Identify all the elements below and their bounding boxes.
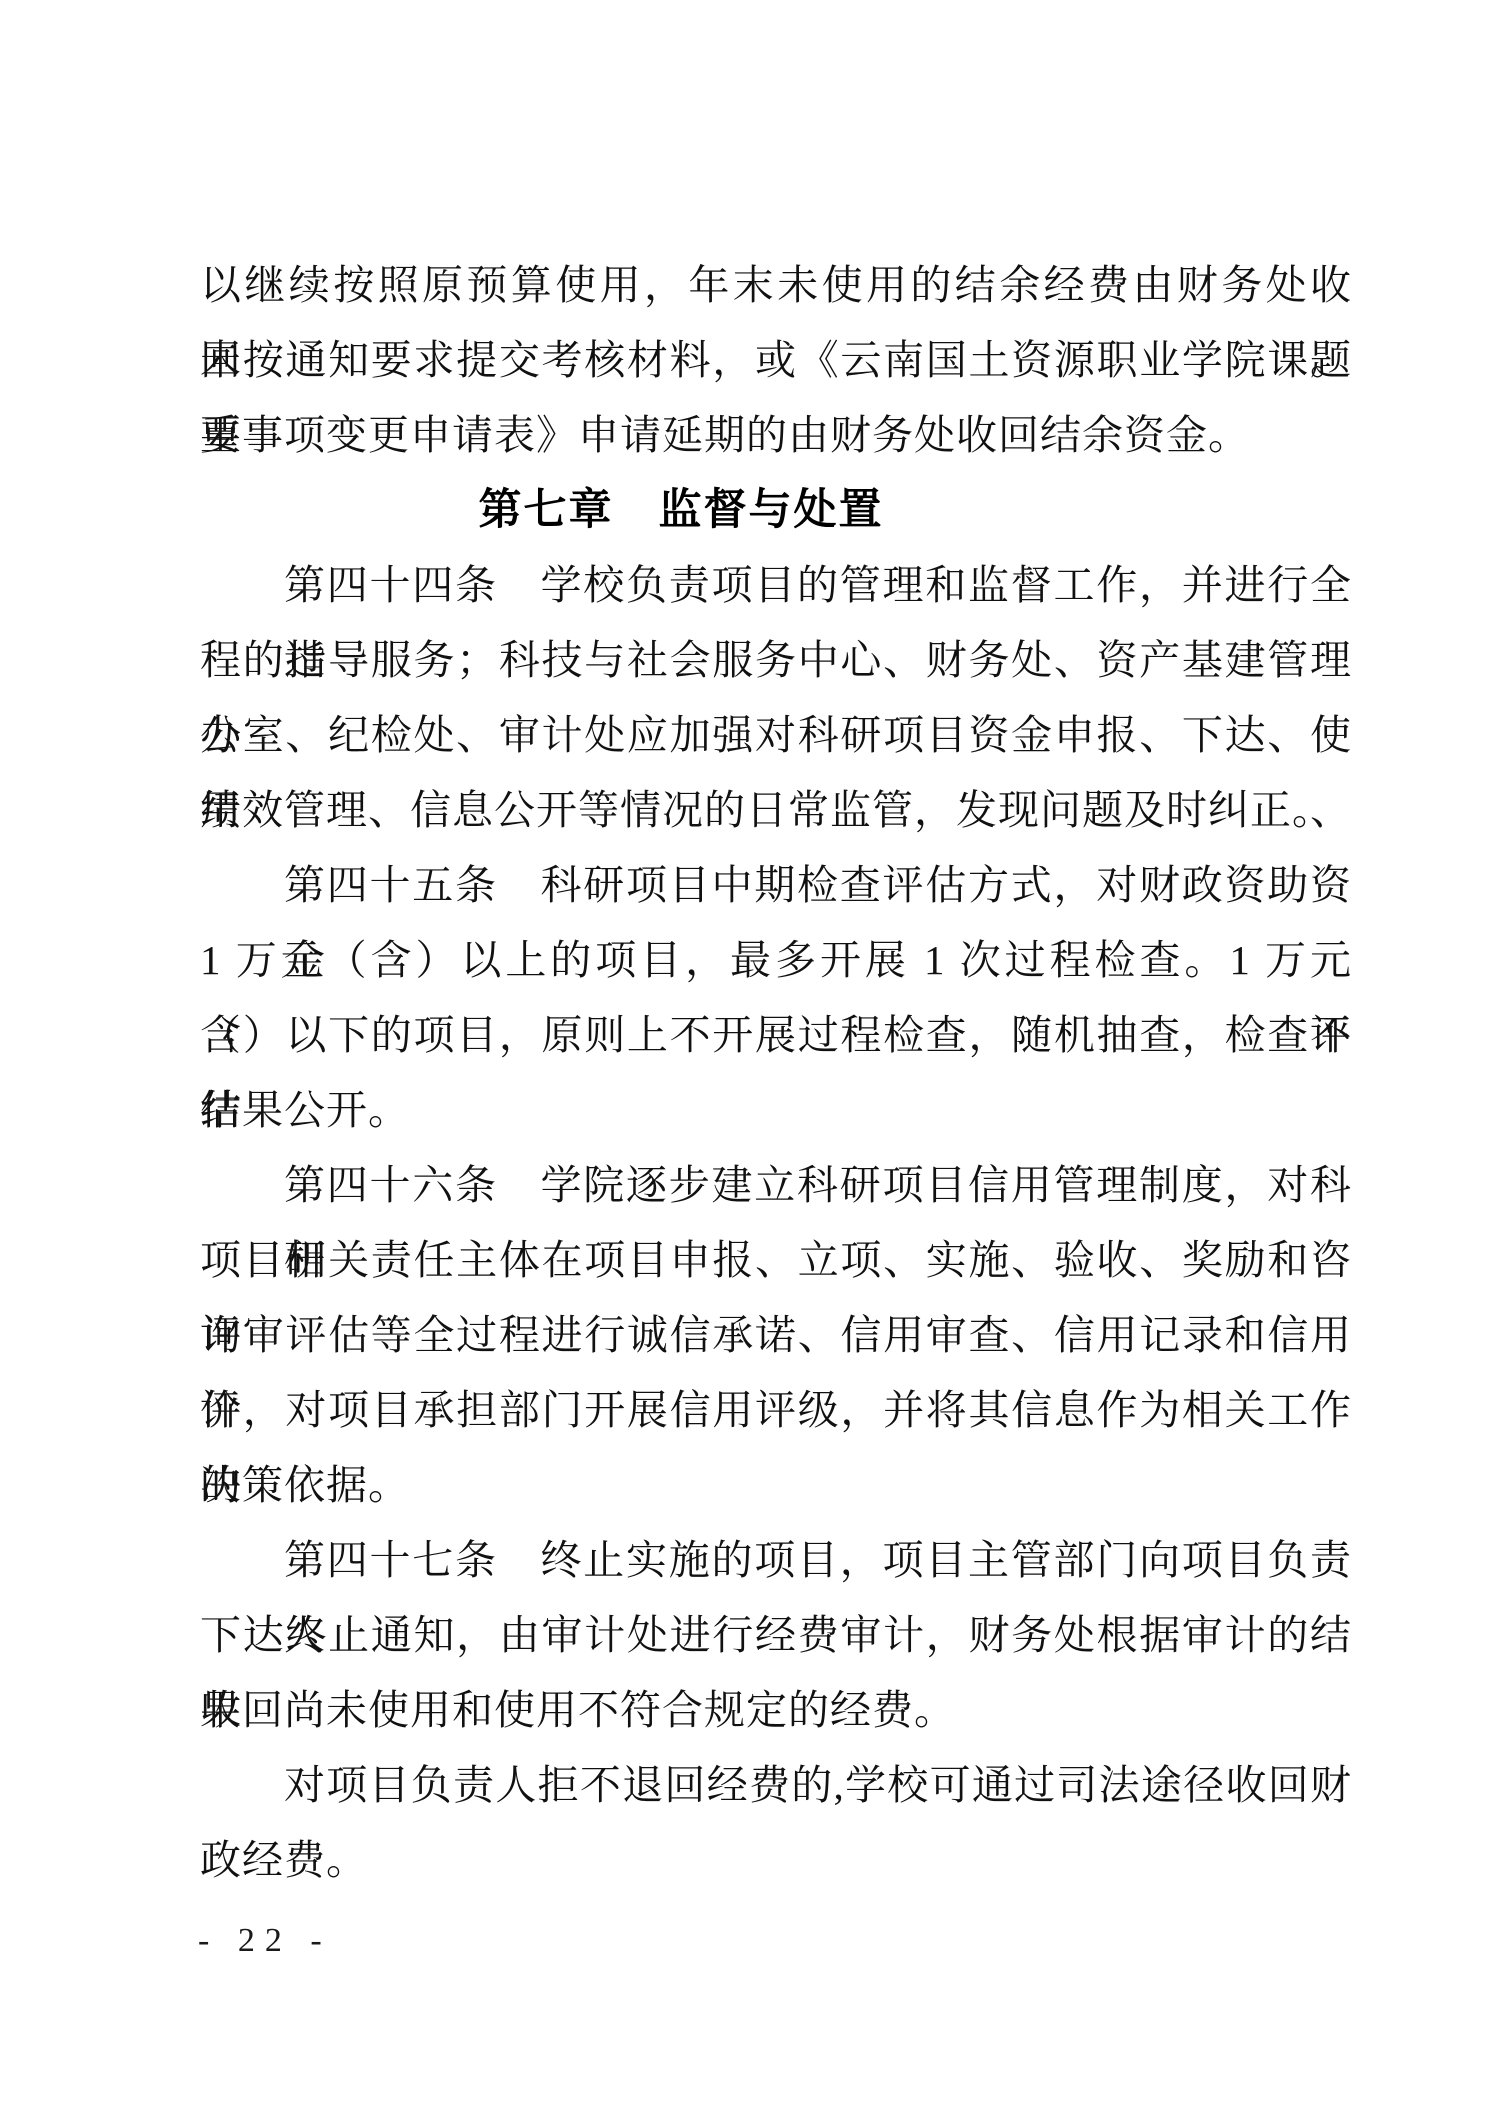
- text-line: 价，对项目承担部门开展信用评级，并将其信息作为相关工作的: [200, 1373, 1352, 1448]
- text-line: 绩效管理、信息公开等情况的日常监管，发现问题及时纠正。: [200, 773, 1352, 848]
- document-body: 以继续按照原预算使用，年末未使用的结余经费由财务处收回。未按通知要求提交考核材料…: [200, 248, 1352, 1898]
- text-line: 含）以下的项目，原则上不开展过程检查，随机抽查，检查评估: [200, 998, 1352, 1073]
- paragraph: 第四十四条 学校负责项目的管理和监督工作，并进行全过程的指导服务；科技与社会服务…: [200, 548, 1352, 848]
- paragraph: 第四十六条 学院逐步建立科研项目信用管理制度，对科研项目相关责任主体在项目申报、…: [200, 1148, 1352, 1523]
- text-line: 第四十五条 科研项目中期检查评估方式，对财政资助资金: [200, 848, 1352, 923]
- text-line: 第四十七条 终止实施的项目，项目主管部门向项目负责人: [200, 1523, 1352, 1598]
- text-line: 1 万元（含）以上的项目，最多开展 1 次过程检查。1 万元（不: [200, 923, 1352, 998]
- chapter-heading: 第七章 监督与处置: [200, 473, 1352, 548]
- text-line: 要事项变更申请表》申请延期的由财务处收回结余资金。: [200, 398, 1352, 473]
- paragraph: 对项目负责人拒不退回经费的,学校可通过司法途径收回财政经费。: [200, 1748, 1352, 1898]
- paragraph: 第四十七条 终止实施的项目，项目主管部门向项目负责人下达终止通知，由审计处进行经…: [200, 1523, 1352, 1748]
- text-line: 收回尚未使用和使用不符合规定的经费。: [200, 1673, 1352, 1748]
- text-line: 第四十六条 学院逐步建立科研项目信用管理制度，对科研: [200, 1148, 1352, 1223]
- text-line: 决策依据。: [200, 1448, 1352, 1523]
- document-page: 以继续按照原预算使用，年末未使用的结余经费由财务处收回。未按通知要求提交考核材料…: [0, 0, 1500, 2121]
- paragraph: 以继续按照原预算使用，年末未使用的结余经费由财务处收回。未按通知要求提交考核材料…: [200, 248, 1352, 473]
- text-line: 第四十四条 学校负责项目的管理和监督工作，并进行全过: [200, 548, 1352, 623]
- text-line: 项目相关责任主体在项目申报、立项、实施、验收、奖励和咨询: [200, 1223, 1352, 1298]
- text-line: 下达终止通知，由审计处进行经费审计，财务处根据审计的结果: [200, 1598, 1352, 1673]
- text-line: 未按通知要求提交考核材料，或《云南国土资源职业学院课题重: [200, 323, 1352, 398]
- text-line: 以继续按照原预算使用，年末未使用的结余经费由财务处收回。: [200, 248, 1352, 323]
- text-line: 政经费。: [200, 1823, 1352, 1898]
- text-line: 评审评估等全过程进行诚信承诺、信用审查、信用记录和信用评: [200, 1298, 1352, 1373]
- text-line: 结果公开。: [200, 1073, 1352, 1148]
- page-number: - 22 -: [198, 1922, 332, 1960]
- paragraph: 第四十五条 科研项目中期检查评估方式，对财政资助资金1 万元（含）以上的项目，最…: [200, 848, 1352, 1148]
- text-line: 公室、纪检处、审计处应加强对科研项目资金申报、下达、使用、: [200, 698, 1352, 773]
- text-line: 程的指导服务；科技与社会服务中心、财务处、资产基建管理办: [200, 623, 1352, 698]
- text-line: 对项目负责人拒不退回经费的,学校可通过司法途径收回财: [200, 1748, 1352, 1823]
